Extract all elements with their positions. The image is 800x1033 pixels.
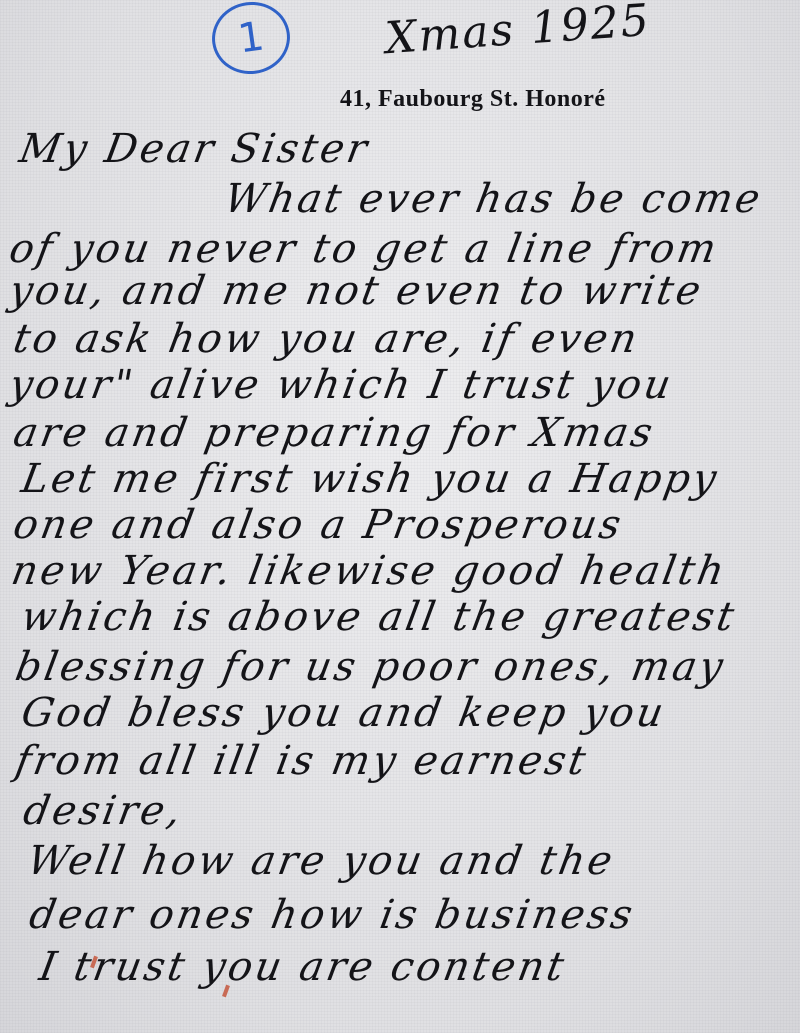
page-number-circle: 1: [207, 0, 294, 79]
letter-line: one and also a Prosperous: [10, 502, 627, 548]
letter-line: Let me first wish you a Happy: [18, 456, 723, 502]
letter-line: from all ill is my earnest: [12, 738, 592, 784]
letter-line: Well how are you and the: [24, 838, 619, 884]
letter-address: 41, Faubourg St. Honoré: [340, 86, 606, 113]
letter-line: blessing for us poor ones, may: [12, 644, 729, 690]
letter-line: I trust you are content: [36, 944, 570, 990]
letter-page: 1 Xmas 1925 41, Faubourg St. Honoré My D…: [0, 0, 800, 1033]
letter-line: new Year. likewise good health: [8, 548, 731, 594]
salutation: My Dear Sister: [16, 126, 373, 172]
letter-line: to ask how you are, if even: [10, 316, 643, 362]
letter-line: which is above all the greatest: [18, 594, 740, 640]
page-number: 1: [235, 13, 267, 62]
letter-line: desire,: [20, 788, 187, 834]
letter-line: What ever has be come: [221, 176, 766, 222]
letter-line: you, and me not even to write: [6, 268, 707, 314]
letter-date: Xmas 1925: [384, 0, 653, 64]
letter-line: God bless you and keep you: [18, 690, 670, 736]
letter-line: your" alive which I trust you: [6, 362, 677, 408]
letter-line: are and preparing for Xmas: [10, 410, 659, 456]
letter-line: of you never to get a line from: [6, 226, 723, 272]
letter-line: dear ones how is business: [26, 892, 639, 938]
